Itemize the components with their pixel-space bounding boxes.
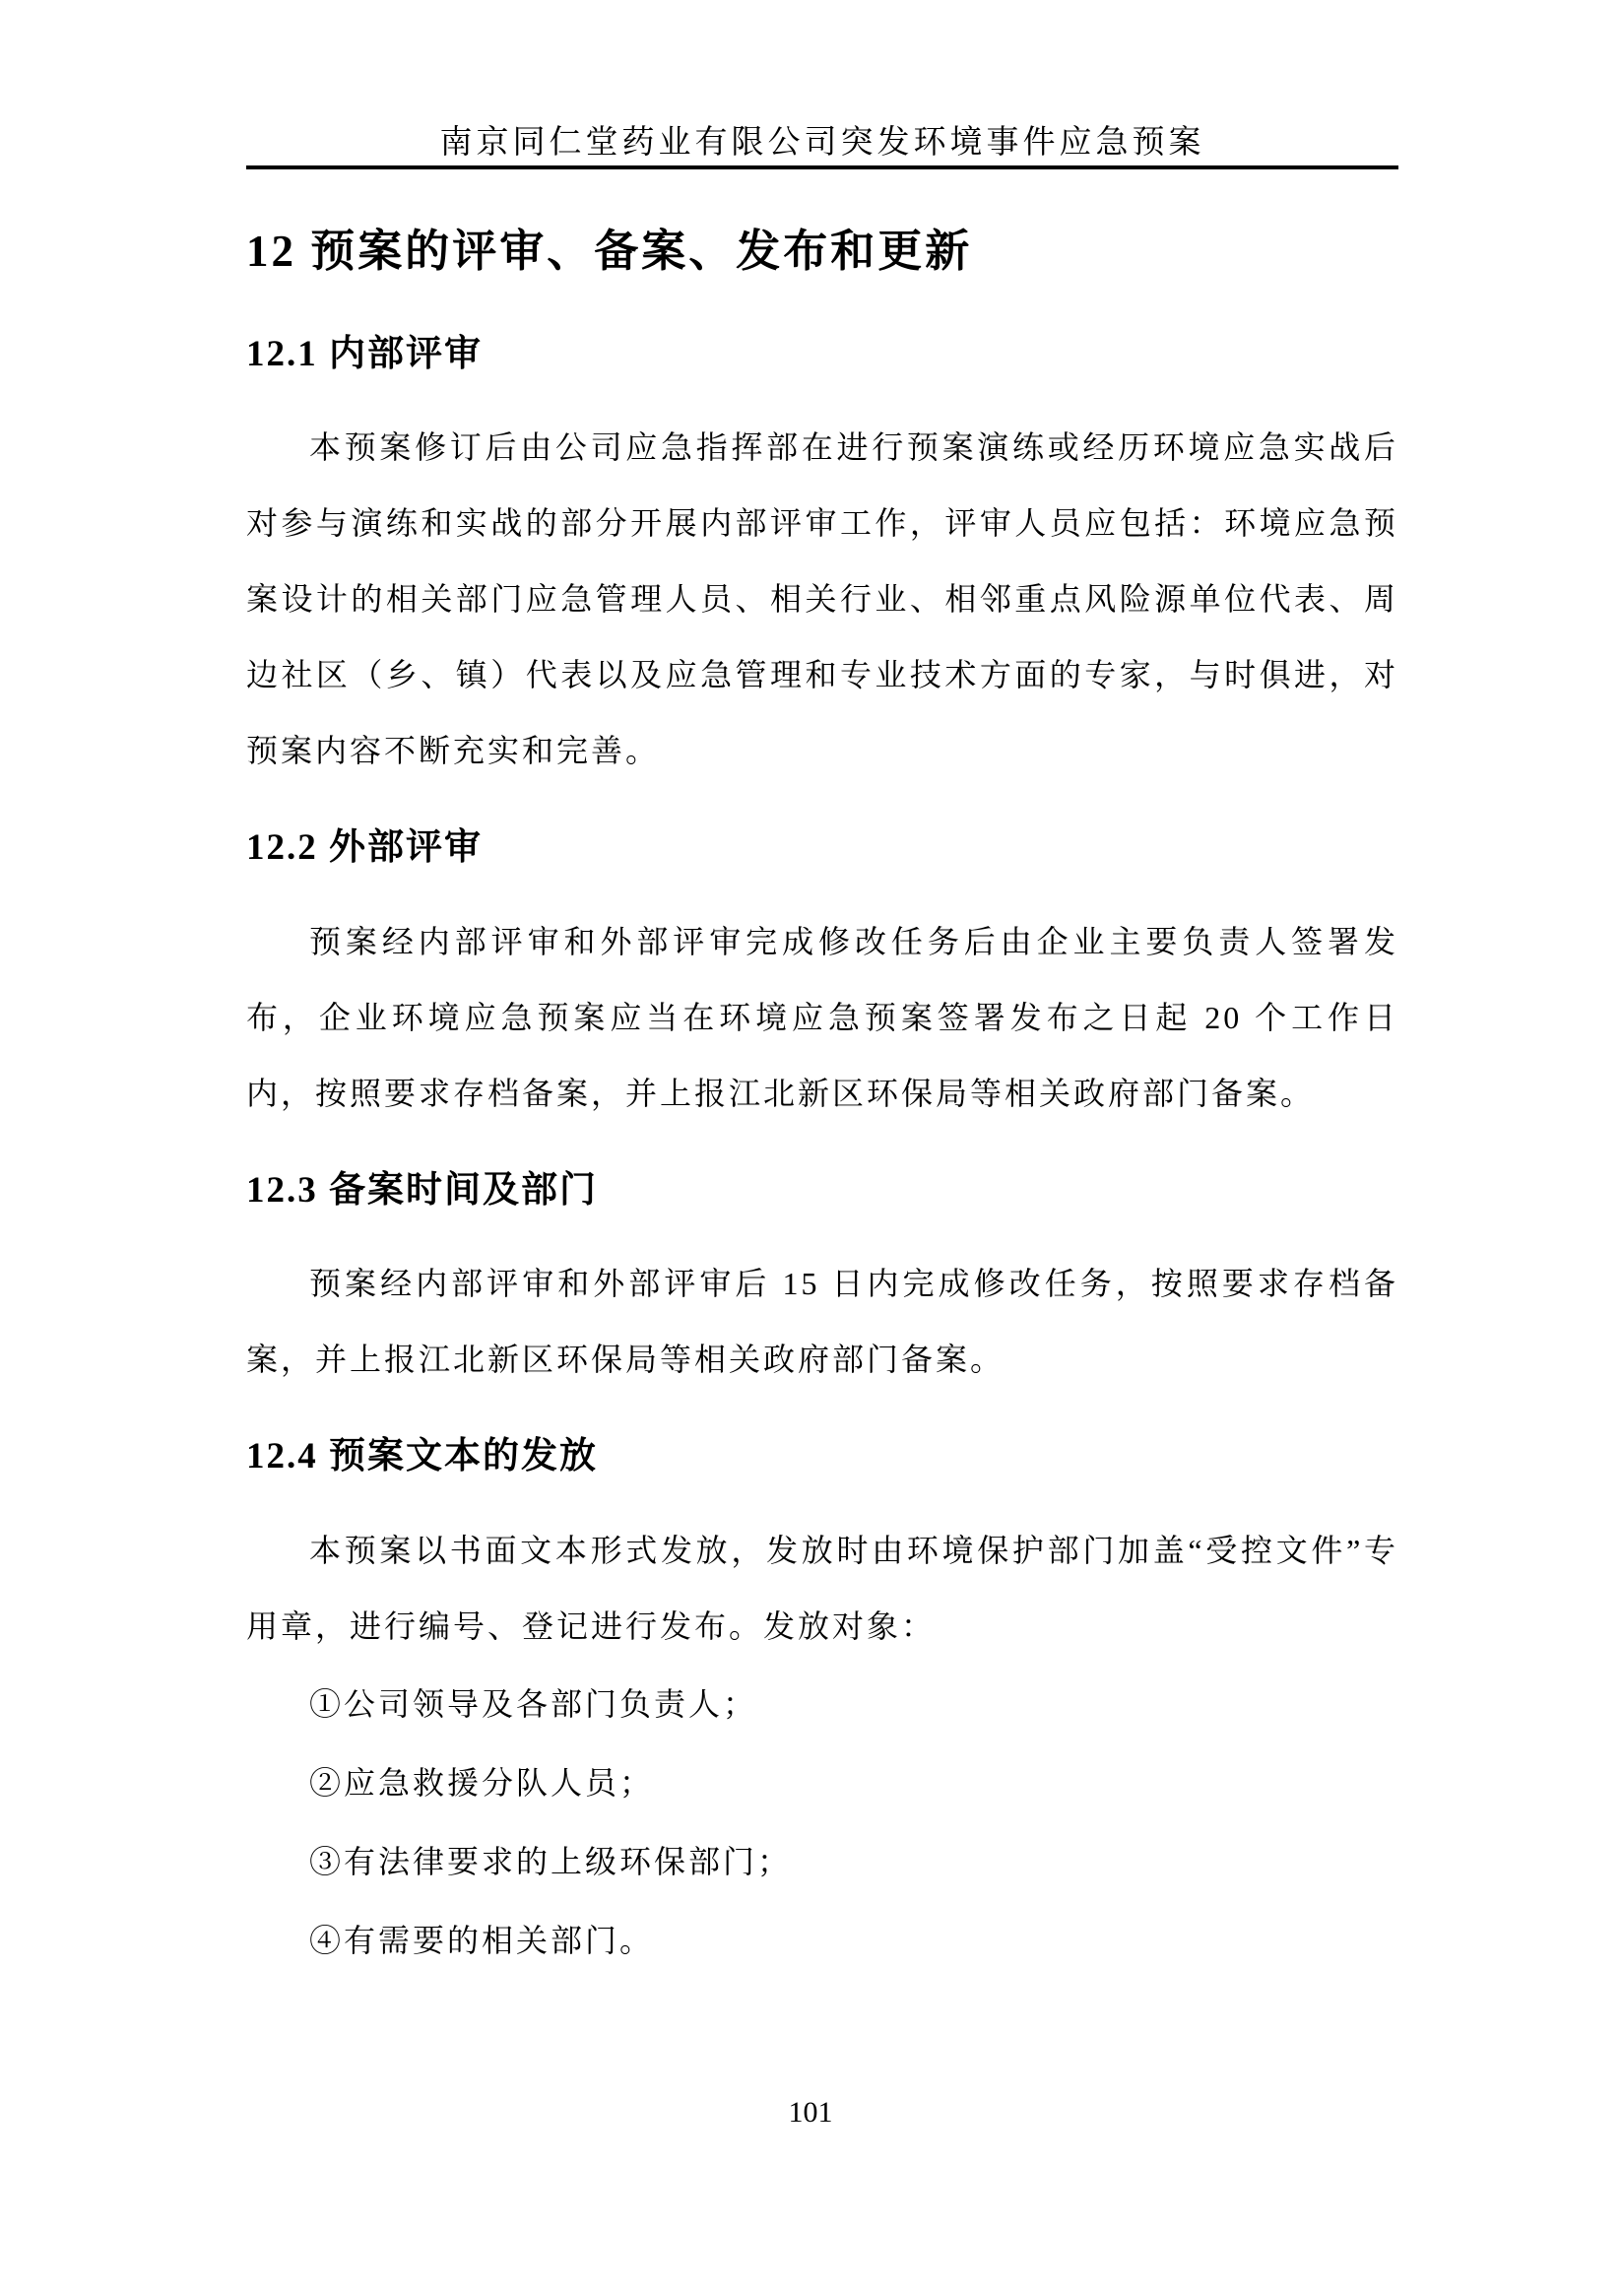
distribution-list-item-3: ③有法律要求的上级环保部门； bbox=[246, 1822, 1398, 1901]
section-paragraph-12-2: 预案经内部评审和外部评审完成修改任务后由企业主要负责人签署发布，企业环境应急预案… bbox=[246, 904, 1398, 1132]
document-page: 南京同仁堂药业有限公司突发环境事件应急预案 12 预案的评审、备案、发布和更新 … bbox=[0, 0, 1621, 2296]
distribution-list-item-2: ②应急救援分队人员； bbox=[246, 1743, 1398, 1822]
section-heading-12-3: 12.3 备案时间及部门 bbox=[246, 1169, 1398, 1213]
section-paragraph-12-4: 本预案以书面文本形式发放，发放时由环境保护部门加盖“受控文件”专用章，进行编号、… bbox=[246, 1513, 1398, 1665]
chapter-title: 12 预案的评审、备案、发布和更新 bbox=[246, 225, 1398, 278]
page-header-title: 南京同仁堂药业有限公司突发环境事件应急预案 bbox=[246, 116, 1398, 163]
section-paragraph-12-1: 本预案修订后由公司应急指挥部在进行预案演练或经历环境应急实战后对参与演练和实战的… bbox=[246, 410, 1398, 789]
page-content: 12 预案的评审、备案、发布和更新 12.1 内部评审 本预案修订后由公司应急指… bbox=[246, 169, 1398, 1980]
section-external-review: 12.2 外部评审 预案经内部评审和外部评审完成修改任务后由企业主要负责人签署发… bbox=[246, 826, 1398, 1131]
section-heading-12-2: 12.2 外部评审 bbox=[246, 826, 1398, 870]
distribution-list-item-4: ④有需要的相关部门。 bbox=[246, 1901, 1398, 1980]
section-heading-12-1: 12.1 内部评审 bbox=[246, 333, 1398, 376]
page-number: 101 bbox=[0, 2096, 1621, 2130]
section-plan-distribution: 12.4 预案文本的发放 本预案以书面文本形式发放，发放时由环境保护部门加盖“受… bbox=[246, 1435, 1398, 1979]
section-paragraph-12-3: 预案经内部评审和外部评审后 15 日内完成修改任务，按照要求存档备案，并上报江北… bbox=[246, 1246, 1398, 1398]
distribution-list-item-1: ①公司领导及各部门负责人； bbox=[246, 1665, 1398, 1743]
section-internal-review: 12.1 内部评审 本预案修订后由公司应急指挥部在进行预案演练或经历环境应急实战… bbox=[246, 333, 1398, 789]
section-filing-time-department: 12.3 备案时间及部门 预案经内部评审和外部评审后 15 日内完成修改任务，按… bbox=[246, 1169, 1398, 1398]
section-heading-12-4: 12.4 预案文本的发放 bbox=[246, 1435, 1398, 1478]
